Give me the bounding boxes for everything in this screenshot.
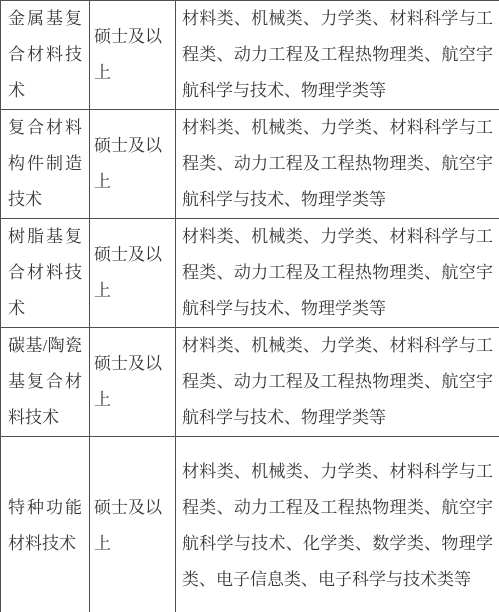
position-cell: 金属基复合材料技术 bbox=[1, 1, 90, 110]
table-row: 金属基复合材料技术 硕士及以上 材料类、机械类、力学类、材料科学与工程类、动力工… bbox=[1, 1, 499, 110]
table-row: 复合材料构件制造技术 硕士及以上 材料类、机械类、力学类、材料科学与工程类、动力… bbox=[1, 110, 499, 219]
education-cell: 硕士及以上 bbox=[90, 1, 176, 110]
table-body: 金属基复合材料技术 硕士及以上 材料类、机械类、力学类、材料科学与工程类、动力工… bbox=[1, 1, 499, 612]
majors-cell: 材料类、机械类、力学类、材料科学与工程类、动力工程及工程热物理类、航空宇航科学与… bbox=[176, 1, 499, 110]
education-cell: 硕士及以上 bbox=[90, 328, 176, 437]
recruitment-table: 金属基复合材料技术 硕士及以上 材料类、机械类、力学类、材料科学与工程类、动力工… bbox=[0, 0, 499, 612]
table-row: 树脂基复合材料技术 硕士及以上 材料类、机械类、力学类、材料科学与工程类、动力工… bbox=[1, 219, 499, 328]
majors-cell: 材料类、机械类、力学类、材料科学与工程类、动力工程及工程热物理类、航空宇航科学与… bbox=[176, 110, 499, 219]
position-cell: 碳基/陶瓷基复合材料技术 bbox=[1, 328, 90, 437]
education-cell: 硕士及以上 bbox=[90, 110, 176, 219]
education-cell: 硕士及以上 bbox=[90, 437, 176, 612]
position-cell: 特种功能材料技术 bbox=[1, 437, 90, 612]
table-row: 特种功能材料技术 硕士及以上 材料类、机械类、力学类、材料科学与工程类、动力工程… bbox=[1, 437, 499, 612]
table-row: 碳基/陶瓷基复合材料技术 硕士及以上 材料类、机械类、力学类、材料科学与工程类、… bbox=[1, 328, 499, 437]
majors-cell: 材料类、机械类、力学类、材料科学与工程类、动力工程及工程热物理类、航空宇航科学与… bbox=[176, 437, 499, 612]
majors-cell: 材料类、机械类、力学类、材料科学与工程类、动力工程及工程热物理类、航空宇航科学与… bbox=[176, 219, 499, 328]
position-cell: 树脂基复合材料技术 bbox=[1, 219, 90, 328]
majors-cell: 材料类、机械类、力学类、材料科学与工程类、动力工程及工程热物理类、航空宇航科学与… bbox=[176, 328, 499, 437]
education-cell: 硕士及以上 bbox=[90, 219, 176, 328]
position-cell: 复合材料构件制造技术 bbox=[1, 110, 90, 219]
